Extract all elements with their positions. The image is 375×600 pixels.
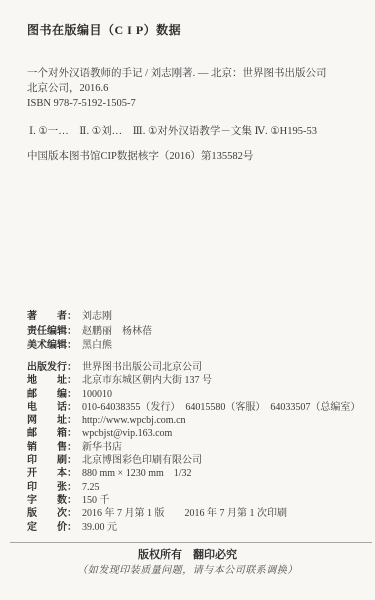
colophon-row-sheets: 印 张：7.25 xyxy=(27,481,373,494)
colophon-value: 010-64038355（发行） 64015580（客服） 64033507（总… xyxy=(82,402,360,413)
colophon-label: 出版发行： xyxy=(27,362,77,373)
colophon-value: 150 千 xyxy=(82,495,110,506)
footer-divider xyxy=(10,542,372,543)
cip-record: 一个对外汉语教师的手记 / 刘志刚著. — 北京：世界图书出版公司 北京公司，2… xyxy=(27,66,359,111)
cip-record-line-1: 一个对外汉语教师的手记 / 刘志刚著. — 北京：世界图书出版公司 xyxy=(27,66,359,81)
credit-row-art-editor: 美术编辑：黑白熊 xyxy=(27,339,363,354)
colophon-row-publisher: 出版发行：世界图书出版公司北京公司 xyxy=(27,361,373,374)
cip-heading: 图书在版编目（C I P）数据 xyxy=(27,21,181,38)
colophon-row-sales: 销 售：新华书店 xyxy=(27,441,373,454)
credit-row-author: 著 者：刘志刚 xyxy=(27,310,363,325)
colophon-value: 世界图书出版公司北京公司 xyxy=(82,362,202,373)
credit-label: 著 者： xyxy=(27,311,77,322)
cip-classification: Ⅰ. ①一… Ⅱ. ①刘… Ⅲ. ①对外汉语教学－文集 Ⅳ. ①H195-53 xyxy=(29,123,363,138)
colophon-value: 新华书店 xyxy=(82,442,122,453)
colophon-row-price: 定 价：39.00 元 xyxy=(27,521,373,534)
colophon-row-website: 网 址：http://www.wpcbj.com.cn xyxy=(27,414,373,427)
colophon-row-format: 开 本：880 mm × 1230 mm 1/32 xyxy=(27,467,373,480)
copyright-notice: 版权所有 翻印必究 xyxy=(0,548,375,562)
colophon-label: 网 址： xyxy=(27,415,77,426)
colophon-row-email: 邮 箱：wpcbjst@vip.163.com xyxy=(27,427,373,440)
colophon-row-printer: 印 刷：北京博图彩色印刷有限公司 xyxy=(27,454,373,467)
copyright-page: 图书在版编目（C I P）数据 一个对外汉语教师的手记 / 刘志刚著. — 北京… xyxy=(0,0,375,600)
colophon-label: 印 张： xyxy=(27,482,77,493)
cip-registration: 中国版本图书馆CIP数据核字（2016）第135582号 xyxy=(27,148,359,163)
colophon-value: http://www.wpcbj.com.cn xyxy=(82,415,186,426)
colophon-label: 邮 箱： xyxy=(27,428,77,439)
colophon-label: 版 次： xyxy=(27,508,77,519)
cip-record-line-2: 北京公司，2016.6 xyxy=(27,81,359,96)
colophon-value: 39.00 元 xyxy=(82,522,117,533)
colophon-value: 880 mm × 1230 mm 1/32 xyxy=(82,468,192,479)
colophon-label: 字 数： xyxy=(27,495,77,506)
publication-block: 出版发行：世界图书出版公司北京公司 地 址：北京市东城区朝内大街 137 号 邮… xyxy=(27,361,373,534)
quality-note: （如发现印装质量问题，请与本公司联系调换） xyxy=(0,564,375,578)
credits-block: 著 者：刘志刚 责任编辑：赵鹏丽 杨林蓓 美术编辑：黑白熊 xyxy=(27,310,363,354)
colophon-label: 销 售： xyxy=(27,442,77,453)
colophon-label: 印 刷： xyxy=(27,455,77,466)
colophon-row-wordcount: 字 数：150 千 xyxy=(27,494,373,507)
colophon-label: 电 话： xyxy=(27,402,77,413)
colophon-value: 100010 xyxy=(82,389,112,400)
colophon-value: 7.25 xyxy=(82,482,100,493)
credit-label: 美术编辑： xyxy=(27,340,77,351)
credit-value: 赵鹏丽 杨林蓓 xyxy=(82,326,152,337)
colophon-value: 2016 年 7 月第 1 版 2016 年 7 月第 1 次印刷 xyxy=(82,508,287,519)
colophon-row-address: 地 址：北京市东城区朝内大街 137 号 xyxy=(27,374,373,387)
colophon-label: 开 本： xyxy=(27,468,77,479)
credit-value: 刘志刚 xyxy=(82,311,112,322)
credit-label: 责任编辑： xyxy=(27,326,77,337)
colophon-value: 北京市东城区朝内大街 137 号 xyxy=(82,375,212,386)
colophon-label: 定 价： xyxy=(27,522,77,533)
colophon-value: wpcbjst@vip.163.com xyxy=(82,428,172,439)
colophon-row-edition: 版 次：2016 年 7 月第 1 版 2016 年 7 月第 1 次印刷 xyxy=(27,507,373,520)
credit-row-editor: 责任编辑：赵鹏丽 杨林蓓 xyxy=(27,325,363,340)
colophon-label: 地 址： xyxy=(27,375,77,386)
colophon-value: 北京博图彩色印刷有限公司 xyxy=(82,455,202,466)
colophon-row-phone: 电 话：010-64038355（发行） 64015580（客服） 640335… xyxy=(27,401,373,414)
credit-value: 黑白熊 xyxy=(82,340,112,351)
colophon-row-postcode: 邮 编：100010 xyxy=(27,388,373,401)
colophon-label: 邮 编： xyxy=(27,389,77,400)
isbn-line: ISBN 978-7-5192-1505-7 xyxy=(27,96,359,111)
